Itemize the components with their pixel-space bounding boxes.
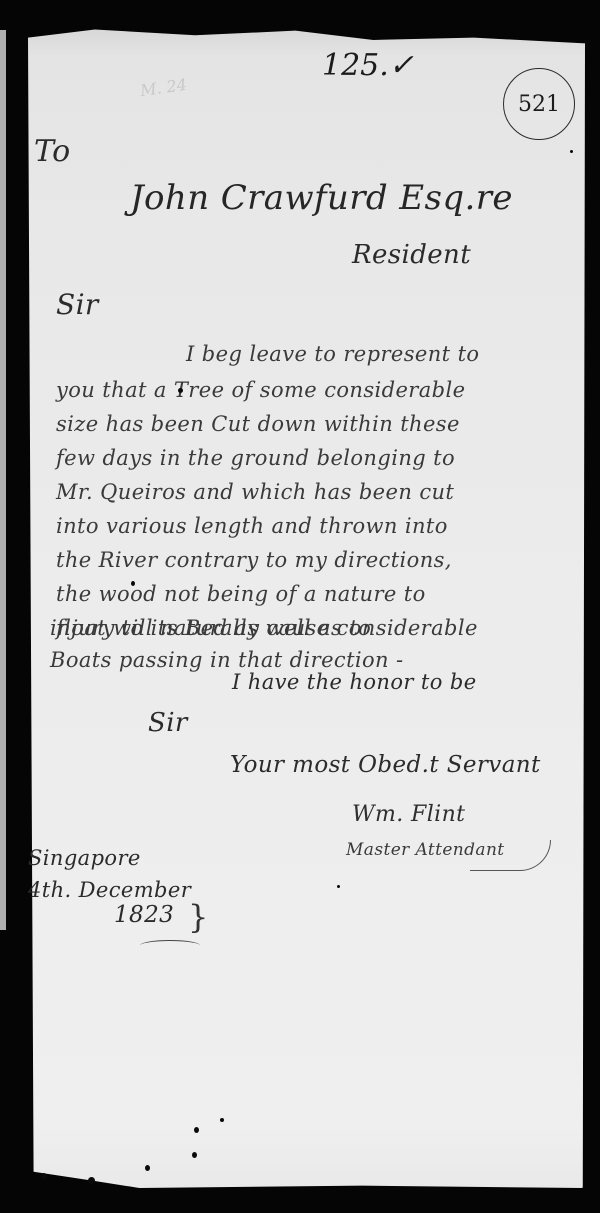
date: 4th. December	[28, 878, 191, 902]
ink-dot	[178, 388, 183, 393]
body-line: the River contrary to my directions,	[56, 548, 452, 572]
closing-salutation: Sir	[148, 708, 188, 738]
ink-dot	[88, 1177, 95, 1184]
place: Singapore	[28, 846, 141, 870]
closing-line: I have the honor to be	[232, 670, 477, 694]
salutation: Sir	[56, 288, 99, 321]
stamp-number: 521	[518, 92, 560, 117]
body-line: few days in the ground belonging to	[56, 446, 455, 470]
body-line: I beg leave to represent to	[186, 342, 479, 366]
ink-dot	[192, 1152, 197, 1158]
ink-dot	[570, 150, 573, 153]
body-line: size has been Cut down within these	[56, 412, 460, 436]
valediction: Your most Obed.t Servant	[230, 752, 541, 778]
ink-dot	[337, 885, 340, 888]
year: 1823	[114, 902, 174, 928]
folio-number: 125.✓	[322, 48, 414, 83]
body-line: Mr. Queiros and which has been cut	[56, 480, 454, 504]
ink-dot	[194, 1127, 199, 1133]
body-line: the wood not being of a nature to	[56, 582, 426, 606]
signature: Wm. Flint	[352, 802, 465, 827]
adjacent-page-edge	[0, 30, 6, 930]
body-line: into various length and thrown into	[56, 514, 448, 538]
year-underline-flourish	[140, 940, 200, 951]
to-label: To	[34, 134, 71, 169]
ink-dot	[131, 581, 135, 586]
body-line-9: injury to its Bed as well as to	[50, 616, 371, 640]
ink-dot	[41, 1173, 47, 1180]
ink-dot	[220, 1118, 224, 1122]
recipient-title: Resident	[352, 240, 471, 270]
archive-stamp: 521	[503, 68, 575, 140]
brace-mark: }	[188, 898, 209, 936]
ink-dot	[145, 1165, 150, 1171]
recipient-name: John Crawfurd Esq.re	[130, 178, 513, 218]
body-line: you that a Tree of some considerable	[56, 378, 465, 402]
body-line-10: Boats passing in that direction -	[50, 648, 404, 672]
